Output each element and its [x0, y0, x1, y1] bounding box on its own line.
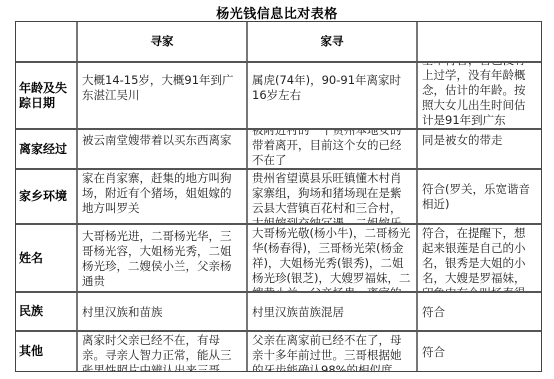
cell-compare-age: 基本符合，自己没有上过学，没有年龄概念，估计的年龄。按照大女儿出生时间估计是91… — [418, 63, 540, 128]
row-label-ethnicity: 民族 — [16, 293, 76, 330]
cell-seek-home-age: 大概14-15岁，大概91年到广东湛江吴川 — [78, 63, 246, 128]
row-label-hometown: 家乡环境 — [16, 170, 76, 223]
cell-compare-hometown: 符合(罗关，乐宽谐音相近) — [418, 170, 540, 223]
cell-compare-leaving: 同是被女的带走 — [418, 130, 540, 168]
comparison-table: 寻家 家寻 年龄及失 踪日期 大概14-15岁，大概91年到广东湛江吴川 属虎(… — [15, 21, 542, 372]
cell-compare-age-text: 基本符合，自己没有上过学，没有年龄概念，估计的年龄。按照大女儿出生时间估计是91… — [418, 63, 540, 128]
cell-compare-names: 符合，在提醒下，想起来银莲是自己的小名，银秀是大姐的小名，大嫂是罗福妹，印象中有… — [418, 225, 540, 291]
cell-family-seek-leaving-text: 被附近村的一个贵州本地女的带着离开，目前这个女的已经不在了 — [248, 130, 416, 168]
header-family-seek: 家寻 — [248, 22, 416, 61]
row-label-leaving: 离家经过 — [16, 130, 76, 168]
cell-family-seek-other: 父亲在离家前已经不在了，母亲十多年前过世。三哥根据她的牙齿能确认98%的相似度 — [248, 332, 416, 371]
cell-seek-home-other: 离家时父亲已经不在，有母亲。寻亲人智力正常，能从三张男性照片中辨认出来三哥，能认… — [78, 332, 246, 371]
cell-seek-home-leaving: 被云南堂嫂带着以买东西离家 — [78, 130, 246, 168]
cell-seek-home-names: 大哥杨光进，二哥杨光华，三哥杨光容，大姐杨光秀，二姐杨光珍，二嫂侯小兰，父亲杨通… — [78, 225, 246, 291]
cell-family-seek-ethnicity: 村里汉族苗族混居 — [248, 293, 416, 330]
cell-family-seek-leaving: 被附近村的一个贵州本地女的带着离开，目前这个女的已经不在了 — [248, 130, 416, 168]
header-empty — [16, 22, 76, 61]
page-title: 杨光钱信息比对表格 — [0, 3, 554, 22]
header-seek-home: 寻家 — [78, 22, 246, 61]
cell-compare-other: 符合 — [418, 332, 540, 371]
cell-family-seek-hometown: 贵州省望谟县乐旺镇懂木村肖家寨组，狗场和猪场现在是紫云县大营镇百花村和三合村，大… — [248, 170, 416, 223]
cell-seek-home-hometown: 家在肖家寨，赶集的地方叫狗场，附近有个猪场，姐姐嫁的地方叫罗关 — [78, 170, 246, 223]
row-label-other: 其他 — [16, 332, 76, 371]
cell-family-seek-names: 大哥杨光敬(杨小牛)，二哥杨光华(杨春得)，三哥杨光荣(杨金祥)，大姐杨光秀(银… — [248, 225, 416, 291]
row-label-age: 年龄及失 踪日期 — [16, 63, 76, 128]
cell-family-seek-age: 属虎(74年)，90-91年离家时16岁左右 — [248, 63, 416, 128]
cell-seek-home-ethnicity: 村里汉族和苗族 — [78, 293, 246, 330]
header-compare — [418, 22, 540, 61]
row-label-names: 姓名 — [16, 225, 76, 291]
cell-compare-ethnicity: 符合 — [418, 293, 540, 330]
